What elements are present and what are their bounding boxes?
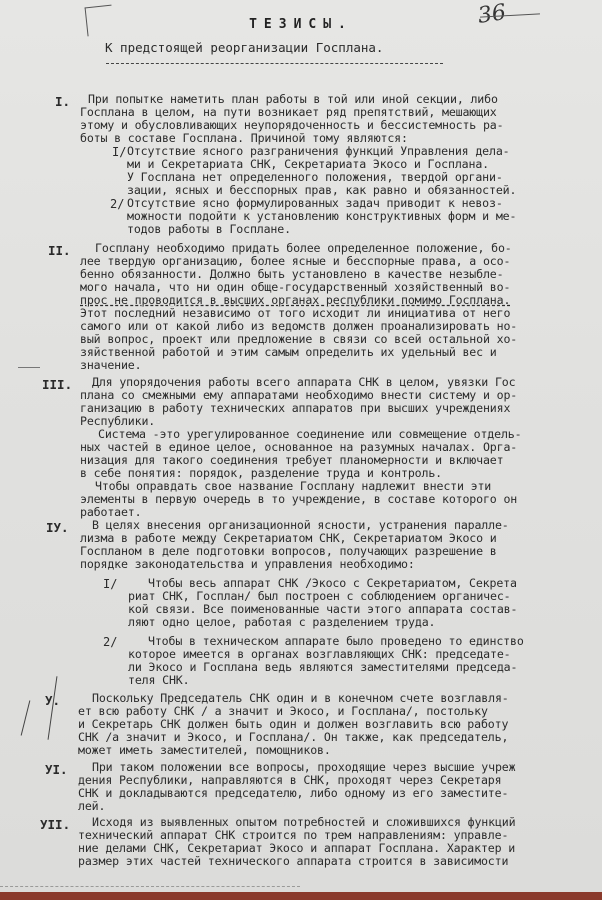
- document-page: 36 ТЕЗИСЫ. К предстоящей реорганизации Г…: [0, 0, 602, 892]
- item-number: 2/: [110, 197, 124, 211]
- text-line: значение.: [80, 359, 141, 372]
- text-line: может иметь заместителей, помощников.: [78, 744, 331, 757]
- text-line: зяйственной работой и этим самым определ…: [80, 346, 497, 359]
- item-number: I/: [112, 145, 126, 159]
- section-number: III.: [42, 377, 72, 392]
- margin-mark: [18, 367, 40, 368]
- text-line: лей.: [78, 800, 105, 813]
- section-number: IУ.: [46, 520, 69, 535]
- background-surface: [0, 892, 602, 900]
- section-number: I.: [55, 94, 70, 109]
- text-line: СНК и докладываются председателю, либо о…: [78, 787, 508, 800]
- text-line: тодов работы в Госплане.: [127, 223, 291, 236]
- document-title: ТЕЗИСЫ.: [0, 17, 602, 32]
- item-number: I/: [103, 577, 117, 591]
- subtitle-rule: [106, 63, 443, 64]
- section-number: УII.: [40, 817, 70, 832]
- handwritten-margin-stroke: [21, 700, 31, 735]
- page-edge: [0, 886, 300, 888]
- document-subtitle: К предстоящей реорганизации Госплана.: [105, 40, 383, 55]
- text-line: порядке законодательства и управления не…: [80, 558, 415, 571]
- text-line: размер этих частей технического аппарата…: [78, 855, 508, 868]
- text-line: ляют одно целое, работая с разделением т…: [128, 616, 435, 629]
- handwritten-margin-stroke: [48, 676, 58, 740]
- section-number: У.: [45, 693, 60, 708]
- text-line: теля СНК.: [128, 674, 189, 687]
- text-line: элементы в первую очередь в то учреждени…: [80, 493, 517, 506]
- item-number: 2/: [103, 635, 117, 649]
- section-number: II.: [48, 243, 71, 258]
- section-number: УI.: [45, 762, 68, 777]
